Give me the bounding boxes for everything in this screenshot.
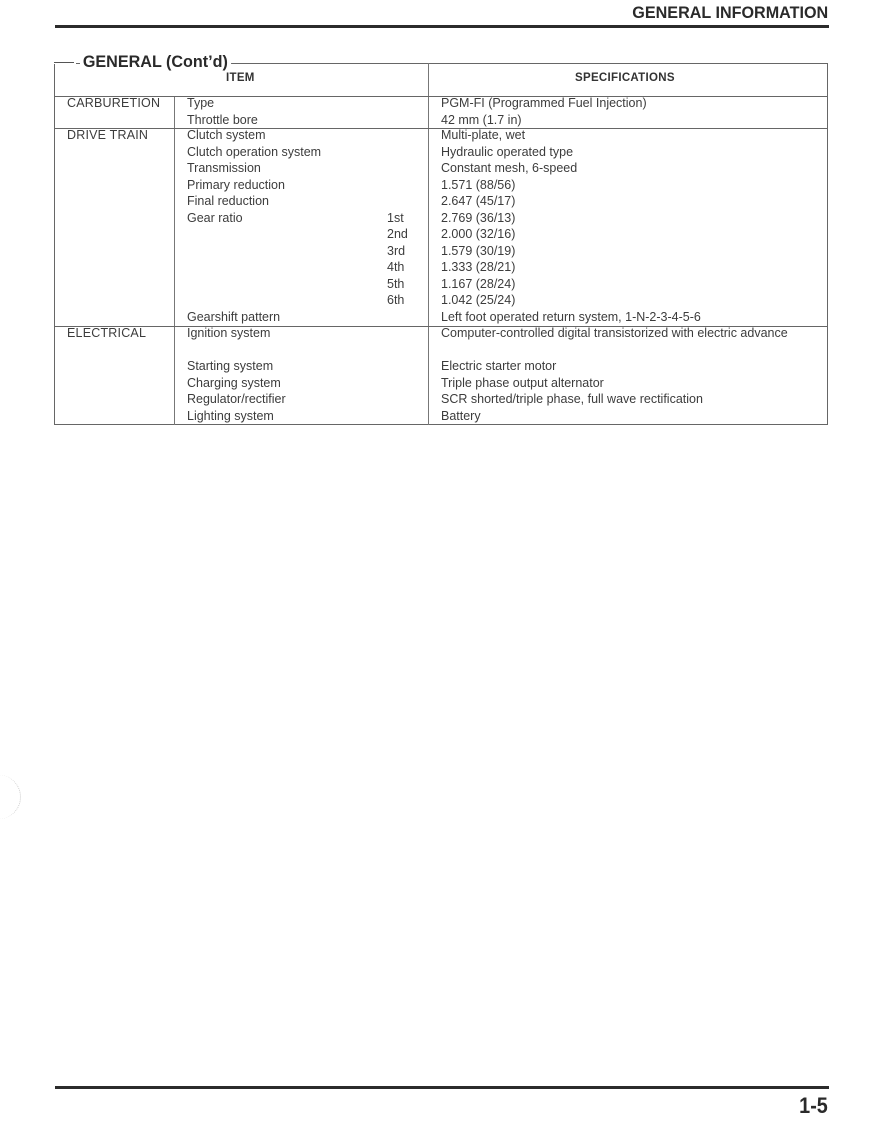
item-label: Starting system (187, 358, 273, 375)
spec-value: 2.647 (45/17) (441, 193, 515, 210)
spec-value: 2.769 (36/13) (441, 210, 515, 227)
category-label: CARBURETION (67, 95, 160, 112)
item-label: Final reduction (187, 193, 269, 210)
item-label: Throttle bore (187, 112, 258, 129)
spec-value: 1.167 (28/24) (441, 276, 515, 293)
item-label: Clutch operation system (187, 144, 321, 161)
gear-label: 5th (387, 276, 404, 293)
spec-value: Computer-controlled digital transistoriz… (441, 325, 814, 342)
spec-value: 42 mm (1.7 in) (441, 112, 522, 129)
spec-value: PGM-FI (Programmed Fuel Injection) (441, 95, 647, 112)
spec-value: Constant mesh, 6-speed (441, 160, 577, 177)
item-label: Lighting system (187, 408, 274, 425)
header-rule (55, 25, 829, 28)
section-title: GENERAL (Cont’d) (80, 52, 231, 72)
page-number: 1-5 (799, 1093, 828, 1119)
spec-value: 1.333 (28/21) (441, 259, 515, 276)
gear-label: 3rd (387, 243, 405, 260)
page-header-title: GENERAL INFORMATION (632, 3, 828, 23)
spec-value: Electric starter motor (441, 358, 556, 375)
item-label: Primary reduction (187, 177, 285, 194)
spec-value: 1.579 (30/19) (441, 243, 515, 260)
item-label: Gearshift pattern (187, 309, 280, 326)
item-label: Gear ratio (187, 210, 243, 227)
item-label: Transmission (187, 160, 261, 177)
gear-label: 1st (387, 210, 404, 227)
spec-value: Left foot operated return system, 1-N-2-… (441, 309, 701, 326)
gear-label: 6th (387, 292, 404, 309)
scan-artifact-arc (0, 775, 21, 819)
spec-value: SCR shorted/triple phase, full wave rect… (441, 391, 703, 408)
spec-value: 1.571 (88/56) (441, 177, 515, 194)
spec-value: Triple phase output alternator (441, 375, 604, 392)
item-label: Ignition system (187, 325, 270, 342)
category-label: ELECTRICAL (67, 325, 146, 342)
footer-rule (55, 1086, 829, 1089)
spec-value: Hydraulic operated type (441, 144, 573, 161)
category-label: DRIVE TRAIN (67, 127, 148, 144)
item-label: Type (187, 95, 214, 112)
gear-label: 4th (387, 259, 404, 276)
item-label: Regulator/rectifier (187, 391, 286, 408)
column-header-specifications: SPECIFICATIONS (575, 72, 675, 84)
gear-label: 2nd (387, 226, 408, 243)
table-corner-mask (54, 63, 76, 64)
spec-value: 1.042 (25/24) (441, 292, 515, 309)
column-header-item: ITEM (226, 72, 255, 84)
item-label: Charging system (187, 375, 281, 392)
spec-value: Multi-plate, wet (441, 127, 525, 144)
spec-value: 2.000 (32/16) (441, 226, 515, 243)
column-divider-category (174, 96, 175, 425)
item-label: Clutch system (187, 127, 266, 144)
spec-value: Battery (441, 408, 481, 425)
column-divider-specs (428, 63, 429, 425)
